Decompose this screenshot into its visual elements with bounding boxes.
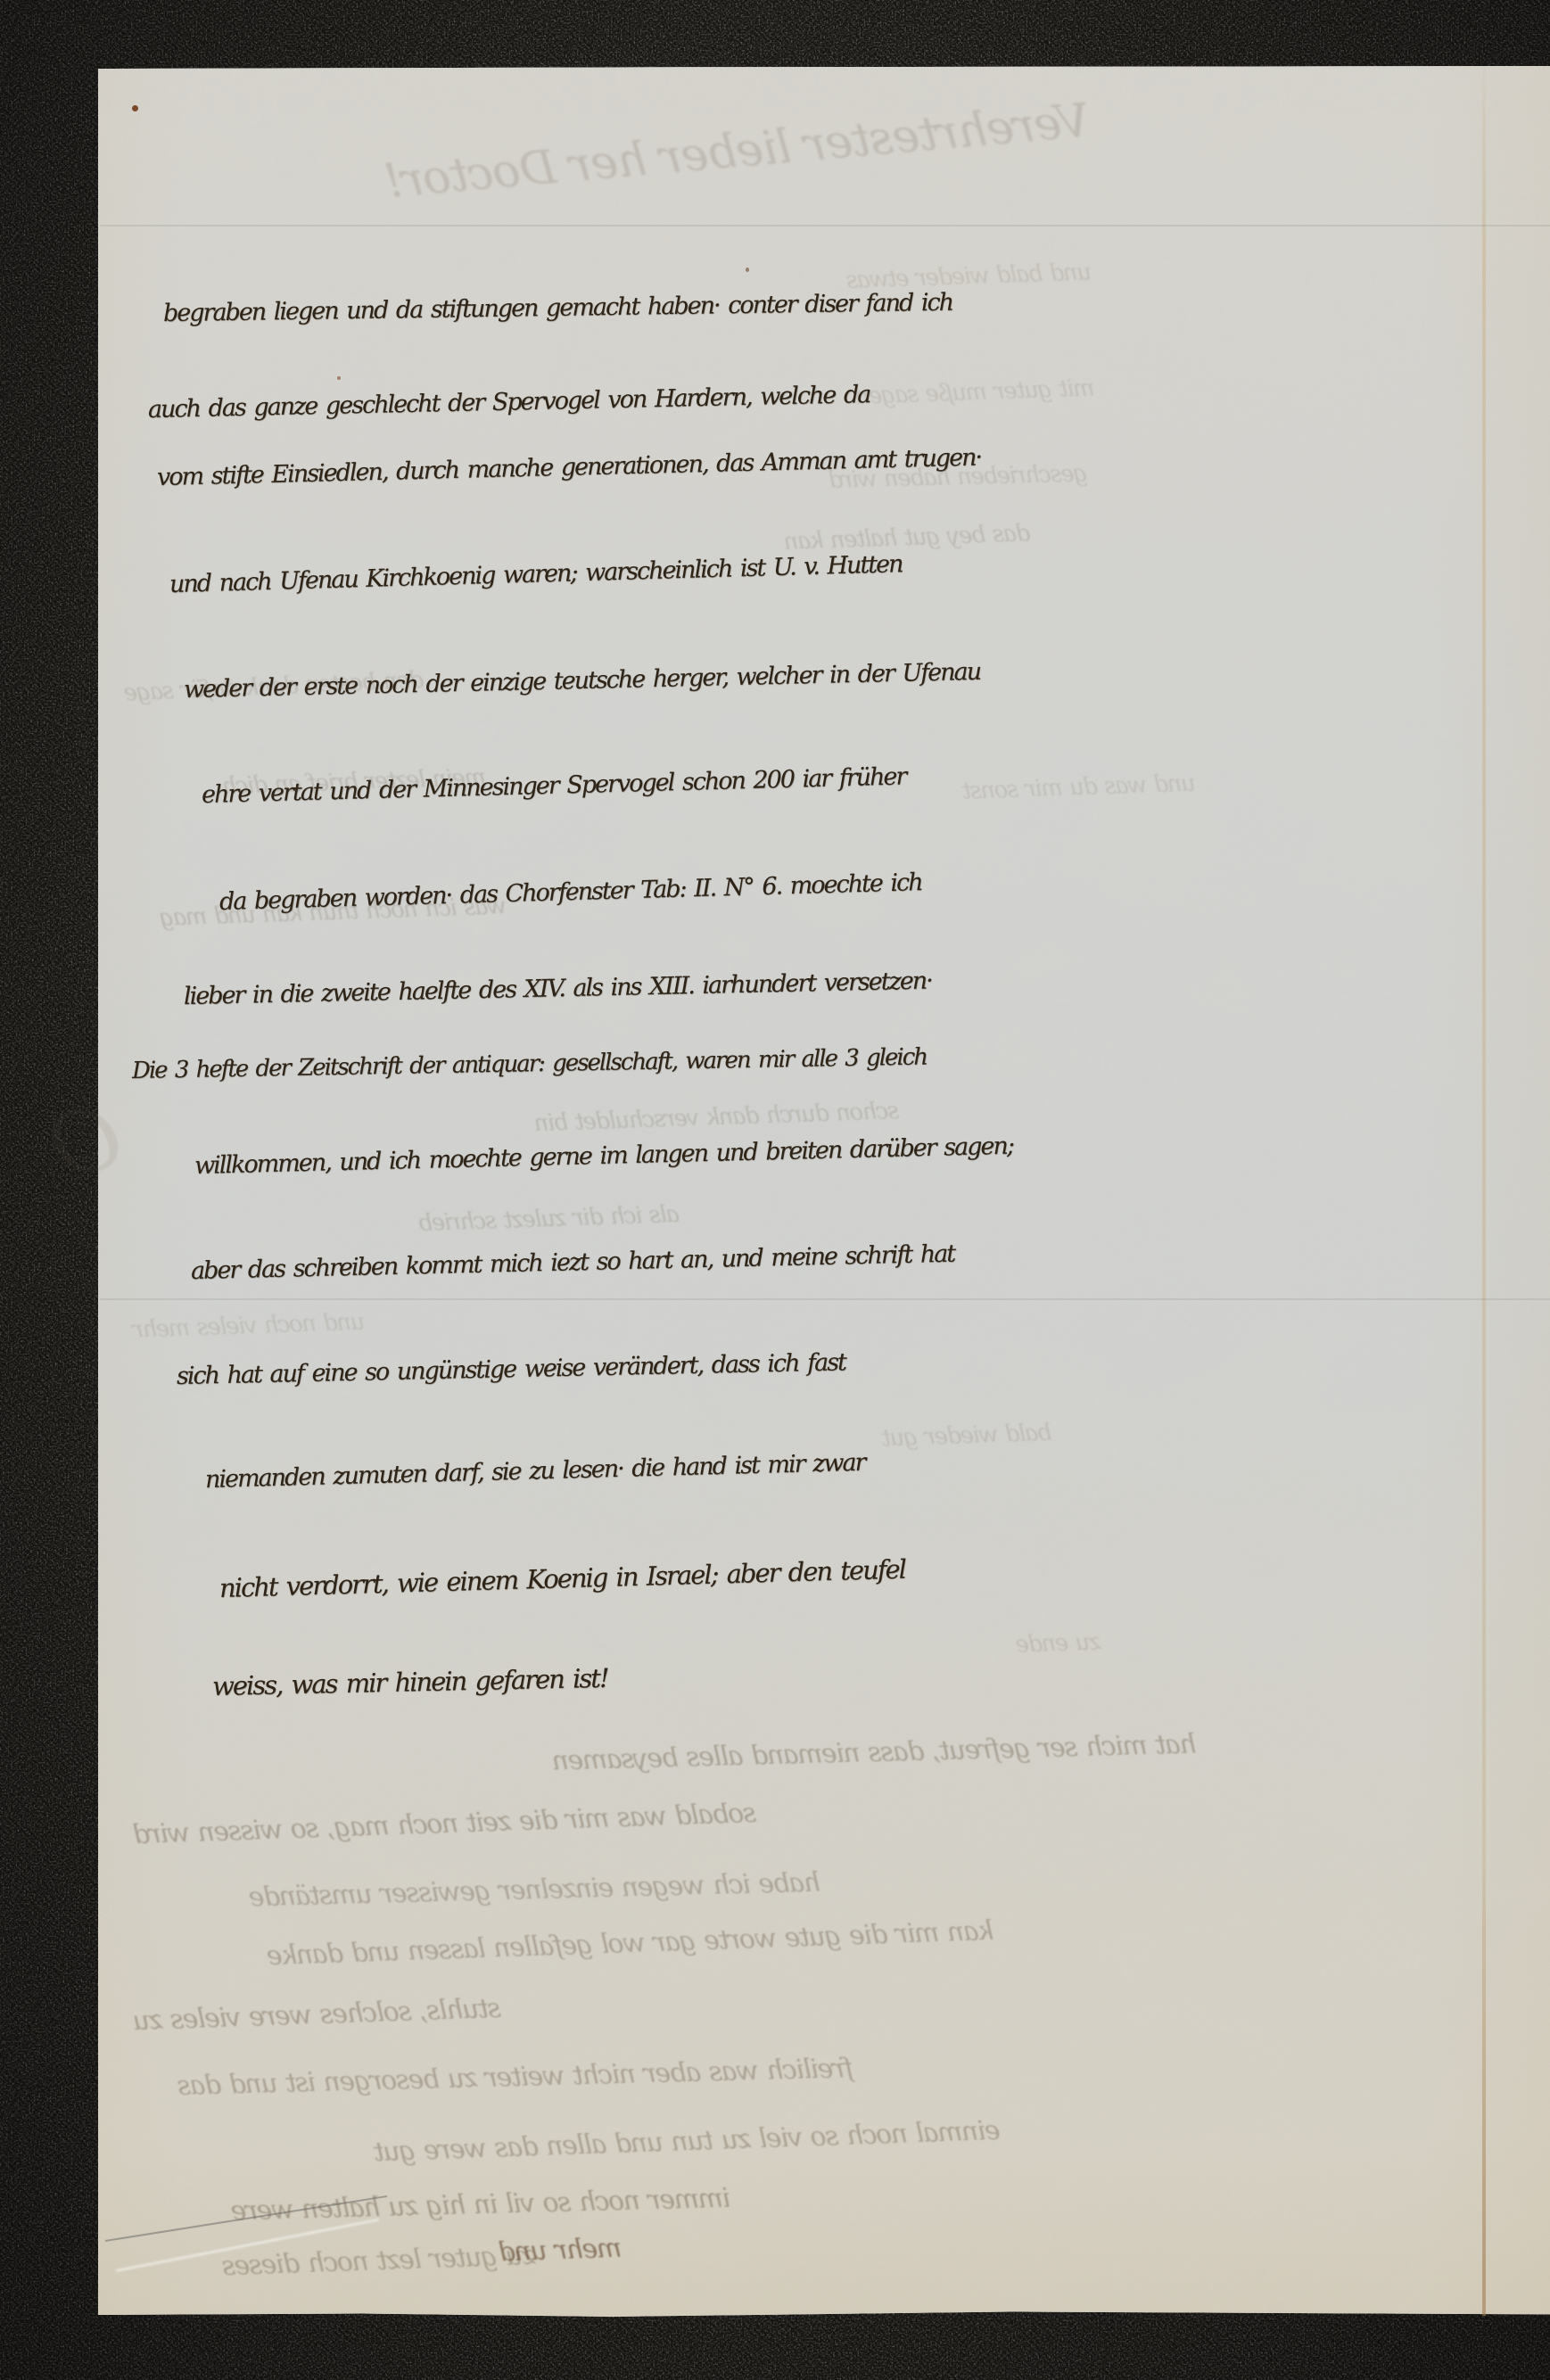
ink-fleck	[337, 376, 341, 380]
horizontal-crease	[100, 1298, 1550, 1300]
bleed-through-dark-patch: mehr und	[499, 2233, 622, 2269]
ink-fleck	[746, 268, 749, 272]
horizontal-crease	[100, 225, 1550, 226]
vertical-fold-crease	[1482, 67, 1486, 2316]
ink-fleck	[132, 105, 138, 111]
scanned-letter-page: Verehrtester lieber her Doctor! und bald…	[0, 0, 1550, 2380]
bleed-through-line: zu ende	[1017, 1628, 1101, 1658]
